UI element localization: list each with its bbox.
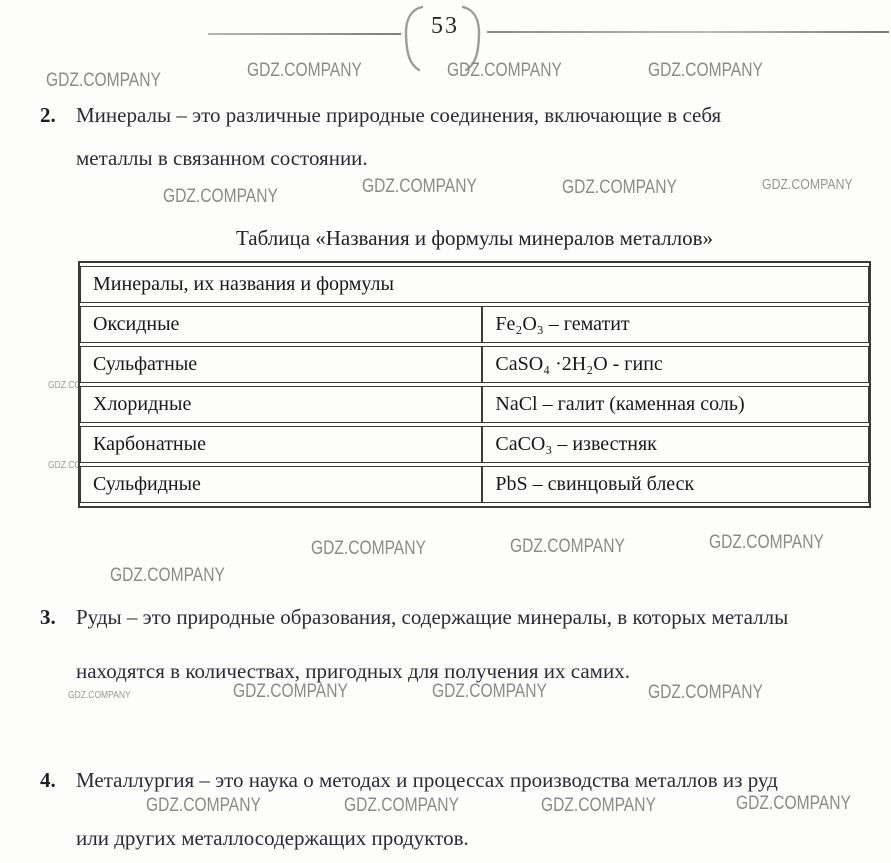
watermark: GDZ.COMPANY bbox=[110, 565, 225, 587]
mineral-formula-cell: Fe₂O₃ – гематит bbox=[482, 306, 869, 343]
watermark: GDZ.COMPANY bbox=[46, 70, 161, 92]
table-row: Карбонатные CaCO₃ – известняк bbox=[80, 426, 869, 463]
header-rule-right bbox=[487, 31, 889, 33]
watermark: GDZ.COMPANY bbox=[648, 60, 763, 82]
watermark: GDZ.COMPANY bbox=[709, 532, 824, 554]
mineral-formula-cell: NaCl – галит (каменная соль) bbox=[482, 386, 869, 423]
watermark: GDZ.COMPANY bbox=[562, 177, 677, 199]
watermark: GDZ.COMPANY bbox=[762, 176, 853, 193]
mineral-type-cell: Сульфатные bbox=[80, 346, 482, 383]
document-page: 53 GDZ.COMPANY GDZ.COMPANY GDZ.COMPANY G… bbox=[0, 0, 891, 863]
watermark: GDZ.COMPANY bbox=[68, 690, 131, 701]
watermark: GDZ.COMPANY bbox=[247, 60, 362, 82]
watermark: GDZ.COMPANY bbox=[362, 176, 477, 198]
item-3-number: 3. bbox=[40, 605, 56, 630]
minerals-table: Минералы, их названия и формулы Оксидные… bbox=[78, 261, 871, 508]
table-row: Хлоридные NaCl – галит (каменная соль) bbox=[80, 386, 869, 423]
mineral-formula-cell: CaSO₄ ·2H₂O - гипс bbox=[482, 346, 869, 383]
watermark: GDZ.COMPANY bbox=[736, 793, 851, 815]
watermark: GDZ.COMPANY bbox=[311, 538, 426, 560]
watermark: GDZ.COMPANY bbox=[648, 682, 763, 704]
watermark: GDZ.COMPANY bbox=[344, 795, 459, 817]
page-number: 53 bbox=[421, 13, 469, 40]
watermark: GDZ.COMPANY bbox=[432, 681, 547, 703]
mineral-formula-cell: CaCO₃ – известняк bbox=[482, 426, 869, 463]
mineral-type-cell: Карбонатные bbox=[80, 426, 482, 463]
table-title: Таблица «Названия и формулы минералов ме… bbox=[78, 226, 871, 251]
table-row: Сульфидные PbS – свинцовый блеск bbox=[80, 466, 869, 503]
mineral-type-cell: Хлоридные bbox=[80, 386, 482, 423]
mineral-type-cell: Сульфидные bbox=[80, 466, 482, 503]
item-4-line-2: или других металлосодержащих продуктов. bbox=[76, 826, 469, 851]
watermark: GDZ.COMPANY bbox=[541, 795, 656, 817]
item-2-line-2: металлы в связанном состоянии. bbox=[76, 146, 368, 171]
item-4-number: 4. bbox=[40, 768, 56, 793]
watermark: GDZ.COMPANY bbox=[447, 60, 562, 82]
table-header-cell: Минералы, их названия и формулы bbox=[80, 266, 869, 303]
watermark: GDZ.COMPANY bbox=[233, 681, 348, 703]
item-3-line-2: находятся в количествах, пригодных для п… bbox=[76, 659, 630, 684]
item-2-line-1: Минералы – это различные природные соеди… bbox=[76, 103, 721, 128]
table-row: Оксидные Fe₂O₃ – гематит bbox=[80, 306, 869, 343]
watermark: GDZ.COMPANY bbox=[510, 536, 625, 558]
watermark: GDZ.COMPANY bbox=[146, 795, 261, 817]
header-rule-left bbox=[208, 33, 401, 35]
item-4-line-1: Металлургия – это наука о методах и проц… bbox=[76, 768, 778, 793]
table-row: Сульфатные CaSO₄ ·2H₂O - гипс bbox=[80, 346, 869, 383]
mineral-type-cell: Оксидные bbox=[80, 306, 482, 343]
item-2-number: 2. bbox=[40, 103, 56, 128]
item-3-line-1: Руды – это природные образования, содерж… bbox=[76, 605, 788, 630]
watermark: GDZ.COMPANY bbox=[163, 186, 278, 208]
mineral-formula-cell: PbS – свинцовый блеск bbox=[482, 466, 869, 503]
table-header-row: Минералы, их названия и формулы bbox=[80, 266, 869, 303]
